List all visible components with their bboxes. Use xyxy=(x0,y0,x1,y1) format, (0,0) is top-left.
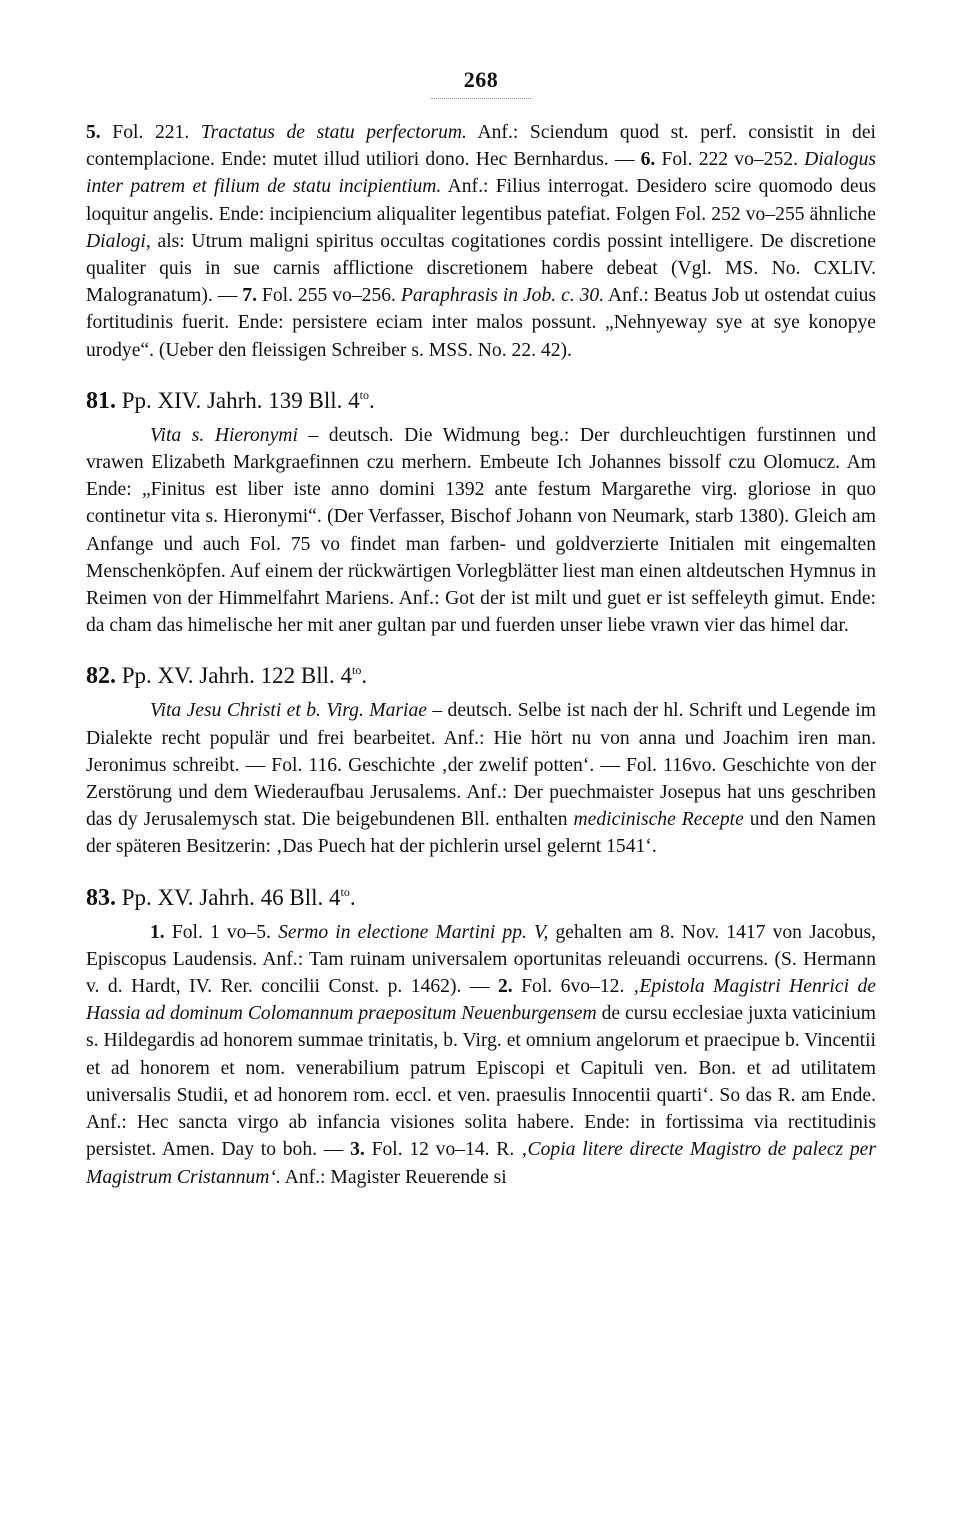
format-superscript: to xyxy=(360,388,369,402)
heading-period: . xyxy=(350,885,356,910)
entry-body-82: Vita Jesu Christi et b. Virg. Mariae – d… xyxy=(86,697,876,860)
entry-description: Pp. XIV. Jahrh. 139 Bll. 4 xyxy=(116,388,360,413)
work-title: Tractatus de statu perfectorum. xyxy=(201,122,467,143)
section-number: 2. xyxy=(498,976,513,997)
document-page: 268 5. Fol. 221. Tractatus de statu perf… xyxy=(86,66,876,1191)
entry-number: 83. xyxy=(86,885,116,911)
section-number: 3. xyxy=(350,1139,365,1160)
entry-heading-81: 81. Pp. XIV. Jahrh. 139 Bll. 4to. xyxy=(86,386,876,416)
work-title: Vita s. Hieronymi xyxy=(150,425,298,446)
entry-body-83: 1. Fol. 1 vo–5. Sermo in electione Marti… xyxy=(86,919,876,1191)
folio-ref: Fol. 1 vo–5. xyxy=(165,922,278,943)
folio-ref: Fol. 6vo–12. xyxy=(513,976,633,997)
heading-period: . xyxy=(369,388,375,413)
section-number: 6. xyxy=(641,149,656,170)
body-text: de cursu ecclesiae juxta vaticinium s. H… xyxy=(86,1003,876,1160)
format-superscript: to xyxy=(352,663,361,677)
body-text: – deutsch. Die Widmung beg.: Der durchle… xyxy=(86,425,876,636)
continued-entry-paragraph: 5. Fol. 221. Tractatus de statu perfecto… xyxy=(86,119,876,364)
section-number: 7. xyxy=(242,285,257,306)
entry-number: 82. xyxy=(86,663,116,689)
entry-heading-82: 82. Pp. XV. Jahrh. 122 Bll. 4to. xyxy=(86,661,876,691)
work-title: Sermo in electione Martini pp. V, xyxy=(278,922,548,943)
folio-ref: Fol. 222 vo–252. xyxy=(655,149,804,170)
entry-number: 81. xyxy=(86,388,116,414)
page-number-rule xyxy=(431,98,531,99)
section-number: 1. xyxy=(150,922,165,943)
folio-ref: Fol. 12 vo–14. R. xyxy=(365,1139,521,1160)
heading-period: . xyxy=(361,663,367,688)
section-number: 5. xyxy=(86,122,101,143)
entry-heading-83: 83. Pp. XV. Jahrh. 46 Bll. 4to. xyxy=(86,883,876,913)
work-title: Vita Jesu Christi et b. Virg. Mariae xyxy=(150,700,427,721)
folio-ref: Fol. 221. xyxy=(101,122,201,143)
entry-description: Pp. XV. Jahrh. 122 Bll. 4 xyxy=(116,663,352,688)
entry-body-81: Vita s. Hieronymi – deutsch. Die Widmung… xyxy=(86,422,876,640)
page-number: 268 xyxy=(86,66,876,94)
folio-ref: Fol. 255 vo–256. xyxy=(257,285,401,306)
format-superscript: to xyxy=(341,885,350,899)
work-title: Dialogi, xyxy=(86,231,151,252)
italic-term: medicinische Recepte xyxy=(574,809,744,830)
work-title: Paraphrasis in Job. c. 30. xyxy=(401,285,604,306)
entry-description: Pp. XV. Jahrh. 46 Bll. 4 xyxy=(116,885,341,910)
body-text: Anf.: Magister Reuerende si xyxy=(281,1167,507,1188)
